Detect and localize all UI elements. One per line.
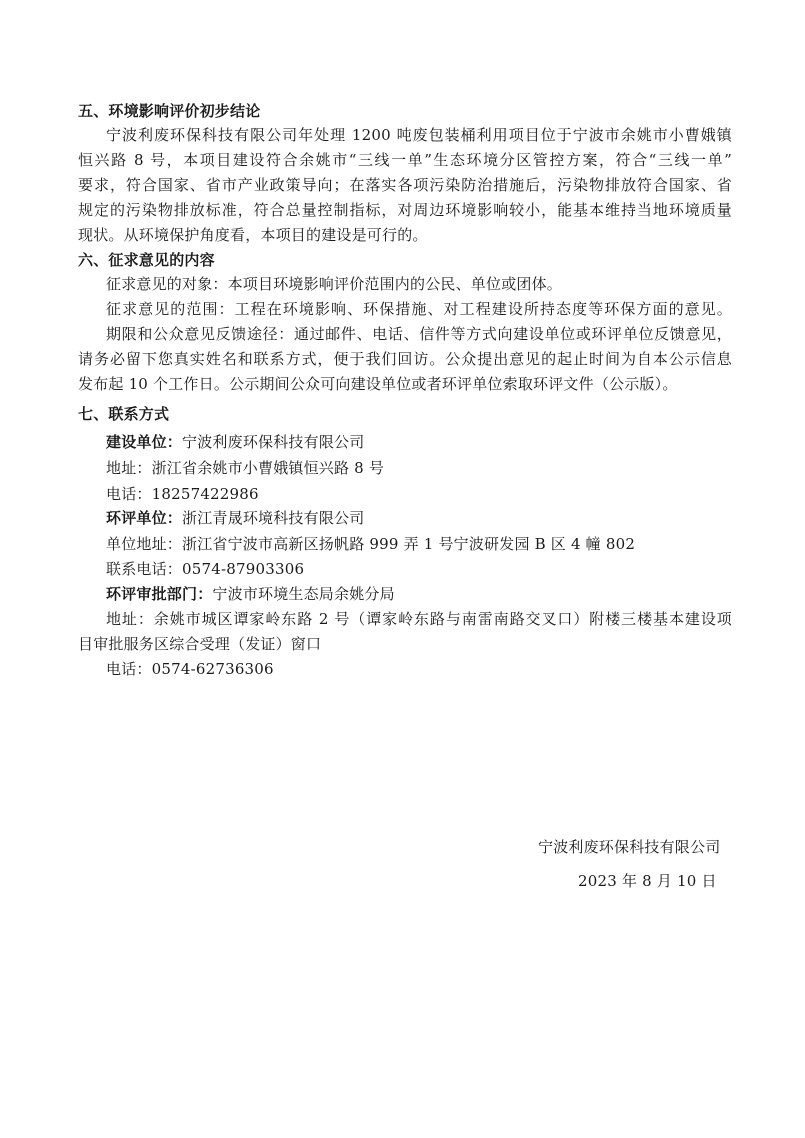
signature-company: 宁波利废环保科技有限公司 xyxy=(538,837,720,857)
section6-line-5: 发布起 10 个工作日。公示期间公众可向建设单位或者环评单位索取环评文件（公示版… xyxy=(78,374,678,394)
approval-dept-address-line-1: 地址：余姚市城区谭家岭东路 2 号（谭家岭东路与南雷南路交叉口）附楼三楼基本建设… xyxy=(106,609,732,629)
builder-label: 建设单位： xyxy=(106,433,182,451)
approval-dept-row: 环评审批部门：宁波市环境生态局余姚分局 xyxy=(106,584,395,604)
section5-line-3: 要求，符合国家、省市产业政策导向；在落实各项污染防治措施后，污染物排放符合国家、… xyxy=(78,175,732,195)
builder-name: 宁波利废环保科技有限公司 xyxy=(182,433,364,451)
section5-line-1: 宁波利废环保科技有限公司年处理 1200 吨废包装桶利用项目位于宁波市余姚市小曹… xyxy=(106,125,732,145)
eia-unit-label: 环评单位： xyxy=(106,509,182,527)
approval-dept-label: 环评审批部门： xyxy=(106,585,212,603)
builder-row: 建设单位：宁波利废环保科技有限公司 xyxy=(106,432,364,452)
section6-line-3: 期限和公众意见反馈途径：通过邮件、电话、信件等方式向建设单位或环评单位反馈意见， xyxy=(106,324,732,344)
section5-line-5: 现状。从环境保护角度看，本项目的建设是可行的。 xyxy=(78,225,428,245)
signature-date: 2023 年 8 月 10 日 xyxy=(578,871,717,891)
section7-heading: 七、联系方式 xyxy=(78,404,169,424)
eia-unit-address: 单位地址：浙江省宁波市高新区扬帆路 999 弄 1 号宁波研发园 B 区 4 幢… xyxy=(106,534,635,554)
section6-line-2: 征求意见的范围：工程在环境影响、环保措施、对工程建设所持态度等环保方面的意见。 xyxy=(106,299,732,319)
section6-line-4: 请务必留下您真实姓名和联系方式，便于我们回访。公众提出意见的起止时间为自本公示信… xyxy=(78,349,732,369)
builder-address: 地址：浙江省余姚市小曹娥镇恒兴路 8 号 xyxy=(106,458,384,478)
approval-dept-name: 宁波市环境生态局余姚分局 xyxy=(212,585,394,603)
eia-unit-phone: 联系电话：0574-87903306 xyxy=(106,559,304,579)
eia-unit-name: 浙江青晟环境科技有限公司 xyxy=(182,509,364,527)
section6-line-1: 征求意见的对象：本项目环境影响评价范围内的公民、单位或团体。 xyxy=(106,274,562,294)
section5-heading: 五、环境影响评价初步结论 xyxy=(78,101,260,121)
document-page: 五、环境影响评价初步结论 宁波利废环保科技有限公司年处理 1200 吨废包装桶利… xyxy=(0,0,805,1138)
builder-phone: 电话：18257422986 xyxy=(106,484,259,504)
section5-line-2: 恒兴路 8 号，本项目建设符合余姚市“三线一单”生态环境分区管控方案，符合“三线… xyxy=(78,150,732,170)
section5-line-4: 规定的污染物排放标准，符合总量控制指标，对周边环境影响较小，能基本维持当地环境质… xyxy=(78,200,732,220)
eia-unit-row: 环评单位：浙江青晟环境科技有限公司 xyxy=(106,508,364,528)
approval-dept-phone: 电话：0574-62736306 xyxy=(106,659,274,679)
section6-heading: 六、征求意见的内容 xyxy=(78,250,215,270)
approval-dept-address-line-2: 目审批服务区综合受理（发证）窗口 xyxy=(78,634,321,654)
